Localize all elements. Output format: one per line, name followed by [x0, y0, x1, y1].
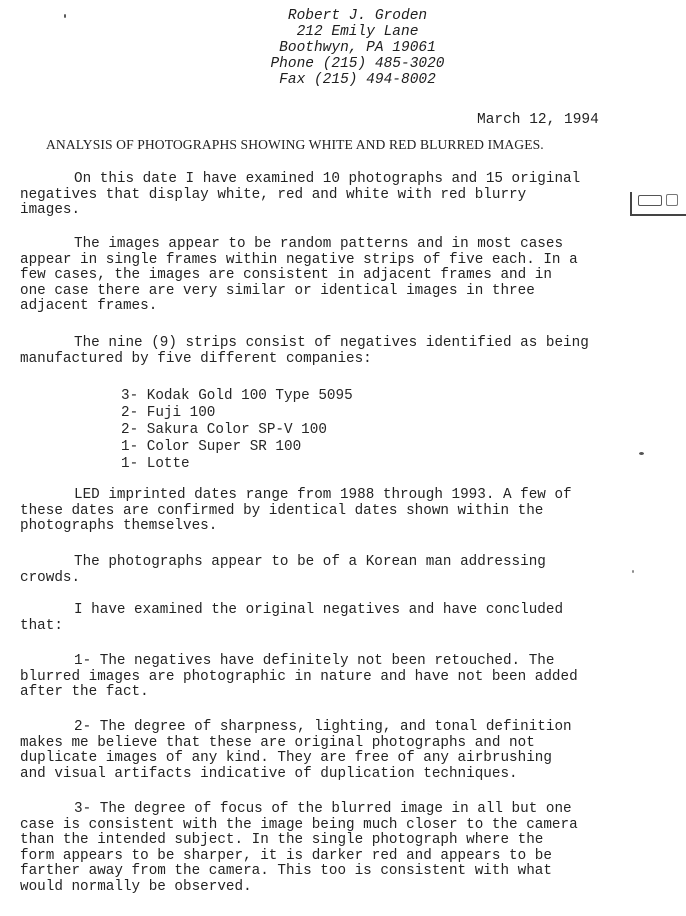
text-line: duplicate images of any kind. They are f…: [20, 751, 682, 767]
scan-speck: [632, 570, 634, 573]
text-line: adjacent frames.: [20, 299, 682, 315]
letterhead: Robert J. Groden 212 Emily Lane Boothwyn…: [230, 8, 485, 88]
text-line: farther away from the camera. This too i…: [20, 864, 682, 880]
text-line: than the intended subject. In the single…: [20, 833, 682, 849]
paragraph-image-patterns: The images appear to be random patterns …: [20, 237, 682, 315]
text-line: The photographs appear to be of a Korean…: [20, 555, 682, 571]
paragraph-finding-2: 2- The degree of sharpness, lighting, an…: [20, 720, 682, 782]
document-date: March 12, 1994: [477, 112, 599, 128]
text-line: after the fact.: [20, 685, 682, 701]
text-line: 3- The degree of focus of the blurred im…: [20, 802, 682, 818]
paragraph-led-dates: LED imprinted dates range from 1988 thro…: [20, 488, 682, 535]
list-item: 2- Sakura Color SP-V 100: [121, 422, 353, 439]
paragraph-subject: The photographs appear to be of a Korean…: [20, 555, 682, 586]
text-line: negatives that display white, red and wh…: [20, 188, 682, 204]
sender-phone: Phone (215) 485-3020: [230, 56, 485, 72]
sender-name: Robert J. Groden: [230, 8, 485, 24]
list-item: 1- Lotte: [121, 456, 353, 473]
sender-street: 212 Emily Lane: [230, 24, 485, 40]
film-manufacturer-list: 3- Kodak Gold 100 Type 5095 2- Fuji 100 …: [121, 388, 353, 473]
text-line: On this date I have examined 10 photogra…: [20, 172, 682, 188]
paragraph-strips: The nine (9) strips consist of negatives…: [20, 336, 682, 367]
text-line: photographs themselves.: [20, 519, 682, 535]
sender-fax: Fax (215) 494-8002: [230, 72, 485, 88]
text-line: appear in single frames within negative …: [20, 253, 682, 269]
text-line: 2- The degree of sharpness, lighting, an…: [20, 720, 682, 736]
stamp-mark: [666, 194, 678, 206]
text-line: manufactured by five different companies…: [20, 352, 682, 368]
text-line: crowds.: [20, 571, 682, 587]
scan-speck: [639, 452, 644, 455]
paragraph-conclusion-intro: I have examined the original negatives a…: [20, 603, 682, 634]
text-line: makes me believe that these are original…: [20, 736, 682, 752]
text-line: blurred images are photographic in natur…: [20, 670, 682, 686]
text-line: I have examined the original negatives a…: [20, 603, 682, 619]
text-line: The images appear to be random patterns …: [20, 237, 682, 253]
text-line: case is consistent with the image being …: [20, 818, 682, 834]
list-item: 1- Color Super SR 100: [121, 439, 353, 456]
text-line: The nine (9) strips consist of negatives…: [20, 336, 682, 352]
list-item: 3- Kodak Gold 100 Type 5095: [121, 388, 353, 405]
text-line: form appears to be sharper, it is darker…: [20, 849, 682, 865]
document-page: Robert J. Groden 212 Emily Lane Boothwyn…: [0, 0, 686, 916]
scan-speck: [64, 14, 66, 18]
text-line: would normally be observed.: [20, 880, 682, 896]
text-line: images.: [20, 203, 682, 219]
sender-city: Boothwyn, PA 19061: [230, 40, 485, 56]
scan-stamp-artifact: [630, 192, 686, 216]
text-line: one case there are very similar or ident…: [20, 284, 682, 300]
text-line: that:: [20, 619, 682, 635]
paragraph-finding-3: 3- The degree of focus of the blurred im…: [20, 802, 682, 896]
paragraph-finding-1: 1- The negatives have definitely not bee…: [20, 654, 682, 701]
text-line: and visual artifacts indicative of dupli…: [20, 767, 682, 783]
text-line: 1- The negatives have definitely not bee…: [20, 654, 682, 670]
list-item: 2- Fuji 100: [121, 405, 353, 422]
document-title: ANALYSIS OF PHOTOGRAPHS SHOWING WHITE AN…: [46, 137, 544, 153]
text-line: few cases, the images are consistent in …: [20, 268, 682, 284]
text-line: these dates are confirmed by identical d…: [20, 504, 682, 520]
paragraph-examination: On this date I have examined 10 photogra…: [20, 172, 682, 219]
stamp-mark: [638, 195, 662, 206]
text-line: LED imprinted dates range from 1988 thro…: [20, 488, 682, 504]
